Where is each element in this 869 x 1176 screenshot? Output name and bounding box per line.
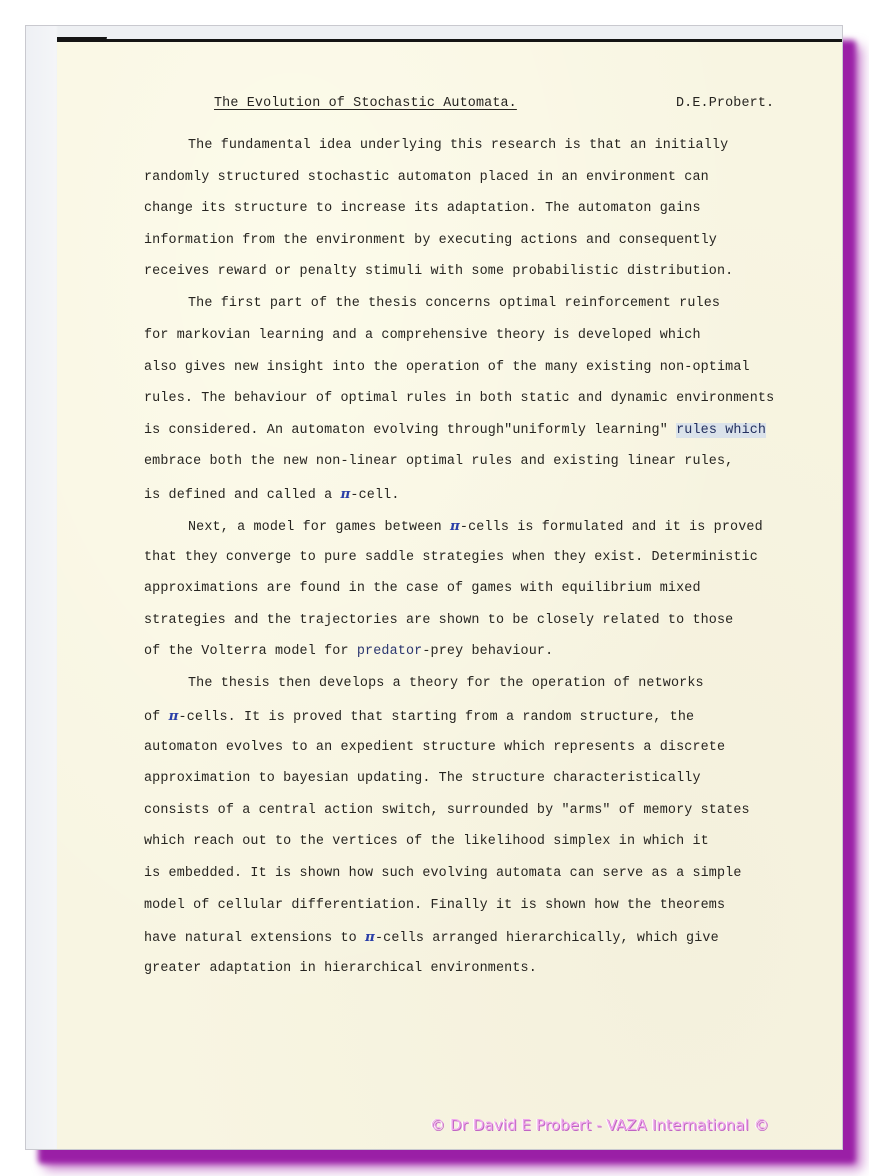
document-line: change its structure to increase its ada… bbox=[144, 201, 701, 216]
document-line: which reach out to the vertices of the l… bbox=[144, 834, 709, 849]
document-line: is considered. An automaton evolving thr… bbox=[144, 423, 766, 438]
document-line: consists of a central action switch, sur… bbox=[144, 803, 750, 818]
scan-frame: The Evolution of Stochastic Automata. D.… bbox=[25, 25, 843, 1150]
handwritten-pi-symbol: π bbox=[340, 486, 350, 502]
document-line: approximation to bayesian updating. The … bbox=[144, 771, 701, 786]
document-line: randomly structured stochastic automaton… bbox=[144, 170, 709, 185]
document-line: The fundamental idea underlying this res… bbox=[188, 138, 728, 153]
document-line: have natural extensions to π-cells arran… bbox=[144, 929, 719, 946]
document-line: receives reward or penalty stimuli with … bbox=[144, 264, 733, 279]
ink-highlight: predator bbox=[357, 644, 423, 659]
document-line: strategies and the trajectories are show… bbox=[144, 613, 733, 628]
handwritten-pi-symbol: π bbox=[450, 518, 460, 534]
handwritten-pi-symbol: π bbox=[365, 929, 375, 945]
typed-page: The Evolution of Stochastic Automata. D.… bbox=[57, 39, 842, 1149]
document-line: Next, a model for games between π-cells … bbox=[188, 518, 763, 535]
document-line: information from the environment by exec… bbox=[144, 233, 717, 248]
document-line: is defined and called a π-cell. bbox=[144, 486, 400, 503]
document-author: D.E.Probert. bbox=[676, 96, 774, 111]
handwritten-pi-symbol: π bbox=[169, 708, 179, 724]
document-line: of the Volterra model for predator-prey … bbox=[144, 644, 553, 659]
ink-highlight: rules which bbox=[676, 423, 766, 438]
document-line: that they converge to pure saddle strate… bbox=[144, 550, 758, 565]
document-line: rules. The behaviour of optimal rules in… bbox=[144, 391, 774, 406]
document-line: is embedded. It is shown how such evolvi… bbox=[144, 866, 742, 881]
document-line: of π-cells. It is proved that starting f… bbox=[144, 708, 694, 725]
paper-top-edge bbox=[57, 39, 842, 42]
copyright-watermark: © Dr David E Probert - VAZA Internationa… bbox=[430, 1116, 769, 1134]
document-line: greater adaptation in hierarchical envir… bbox=[144, 961, 537, 976]
document-line: The first part of the thesis concerns op… bbox=[188, 296, 720, 311]
document-line: also gives new insight into the operatio… bbox=[144, 360, 750, 375]
document-title: The Evolution of Stochastic Automata. bbox=[214, 96, 517, 111]
document-line: The thesis then develops a theory for th… bbox=[188, 676, 704, 691]
document-line: approximations are found in the case of … bbox=[144, 581, 701, 596]
document-line: embrace both the new non-linear optimal … bbox=[144, 454, 733, 469]
document-line: for markovian learning and a comprehensi… bbox=[144, 328, 701, 343]
document-line: model of cellular differentiation. Final… bbox=[144, 898, 725, 913]
document-line: automaton evolves to an expedient struct… bbox=[144, 740, 725, 755]
